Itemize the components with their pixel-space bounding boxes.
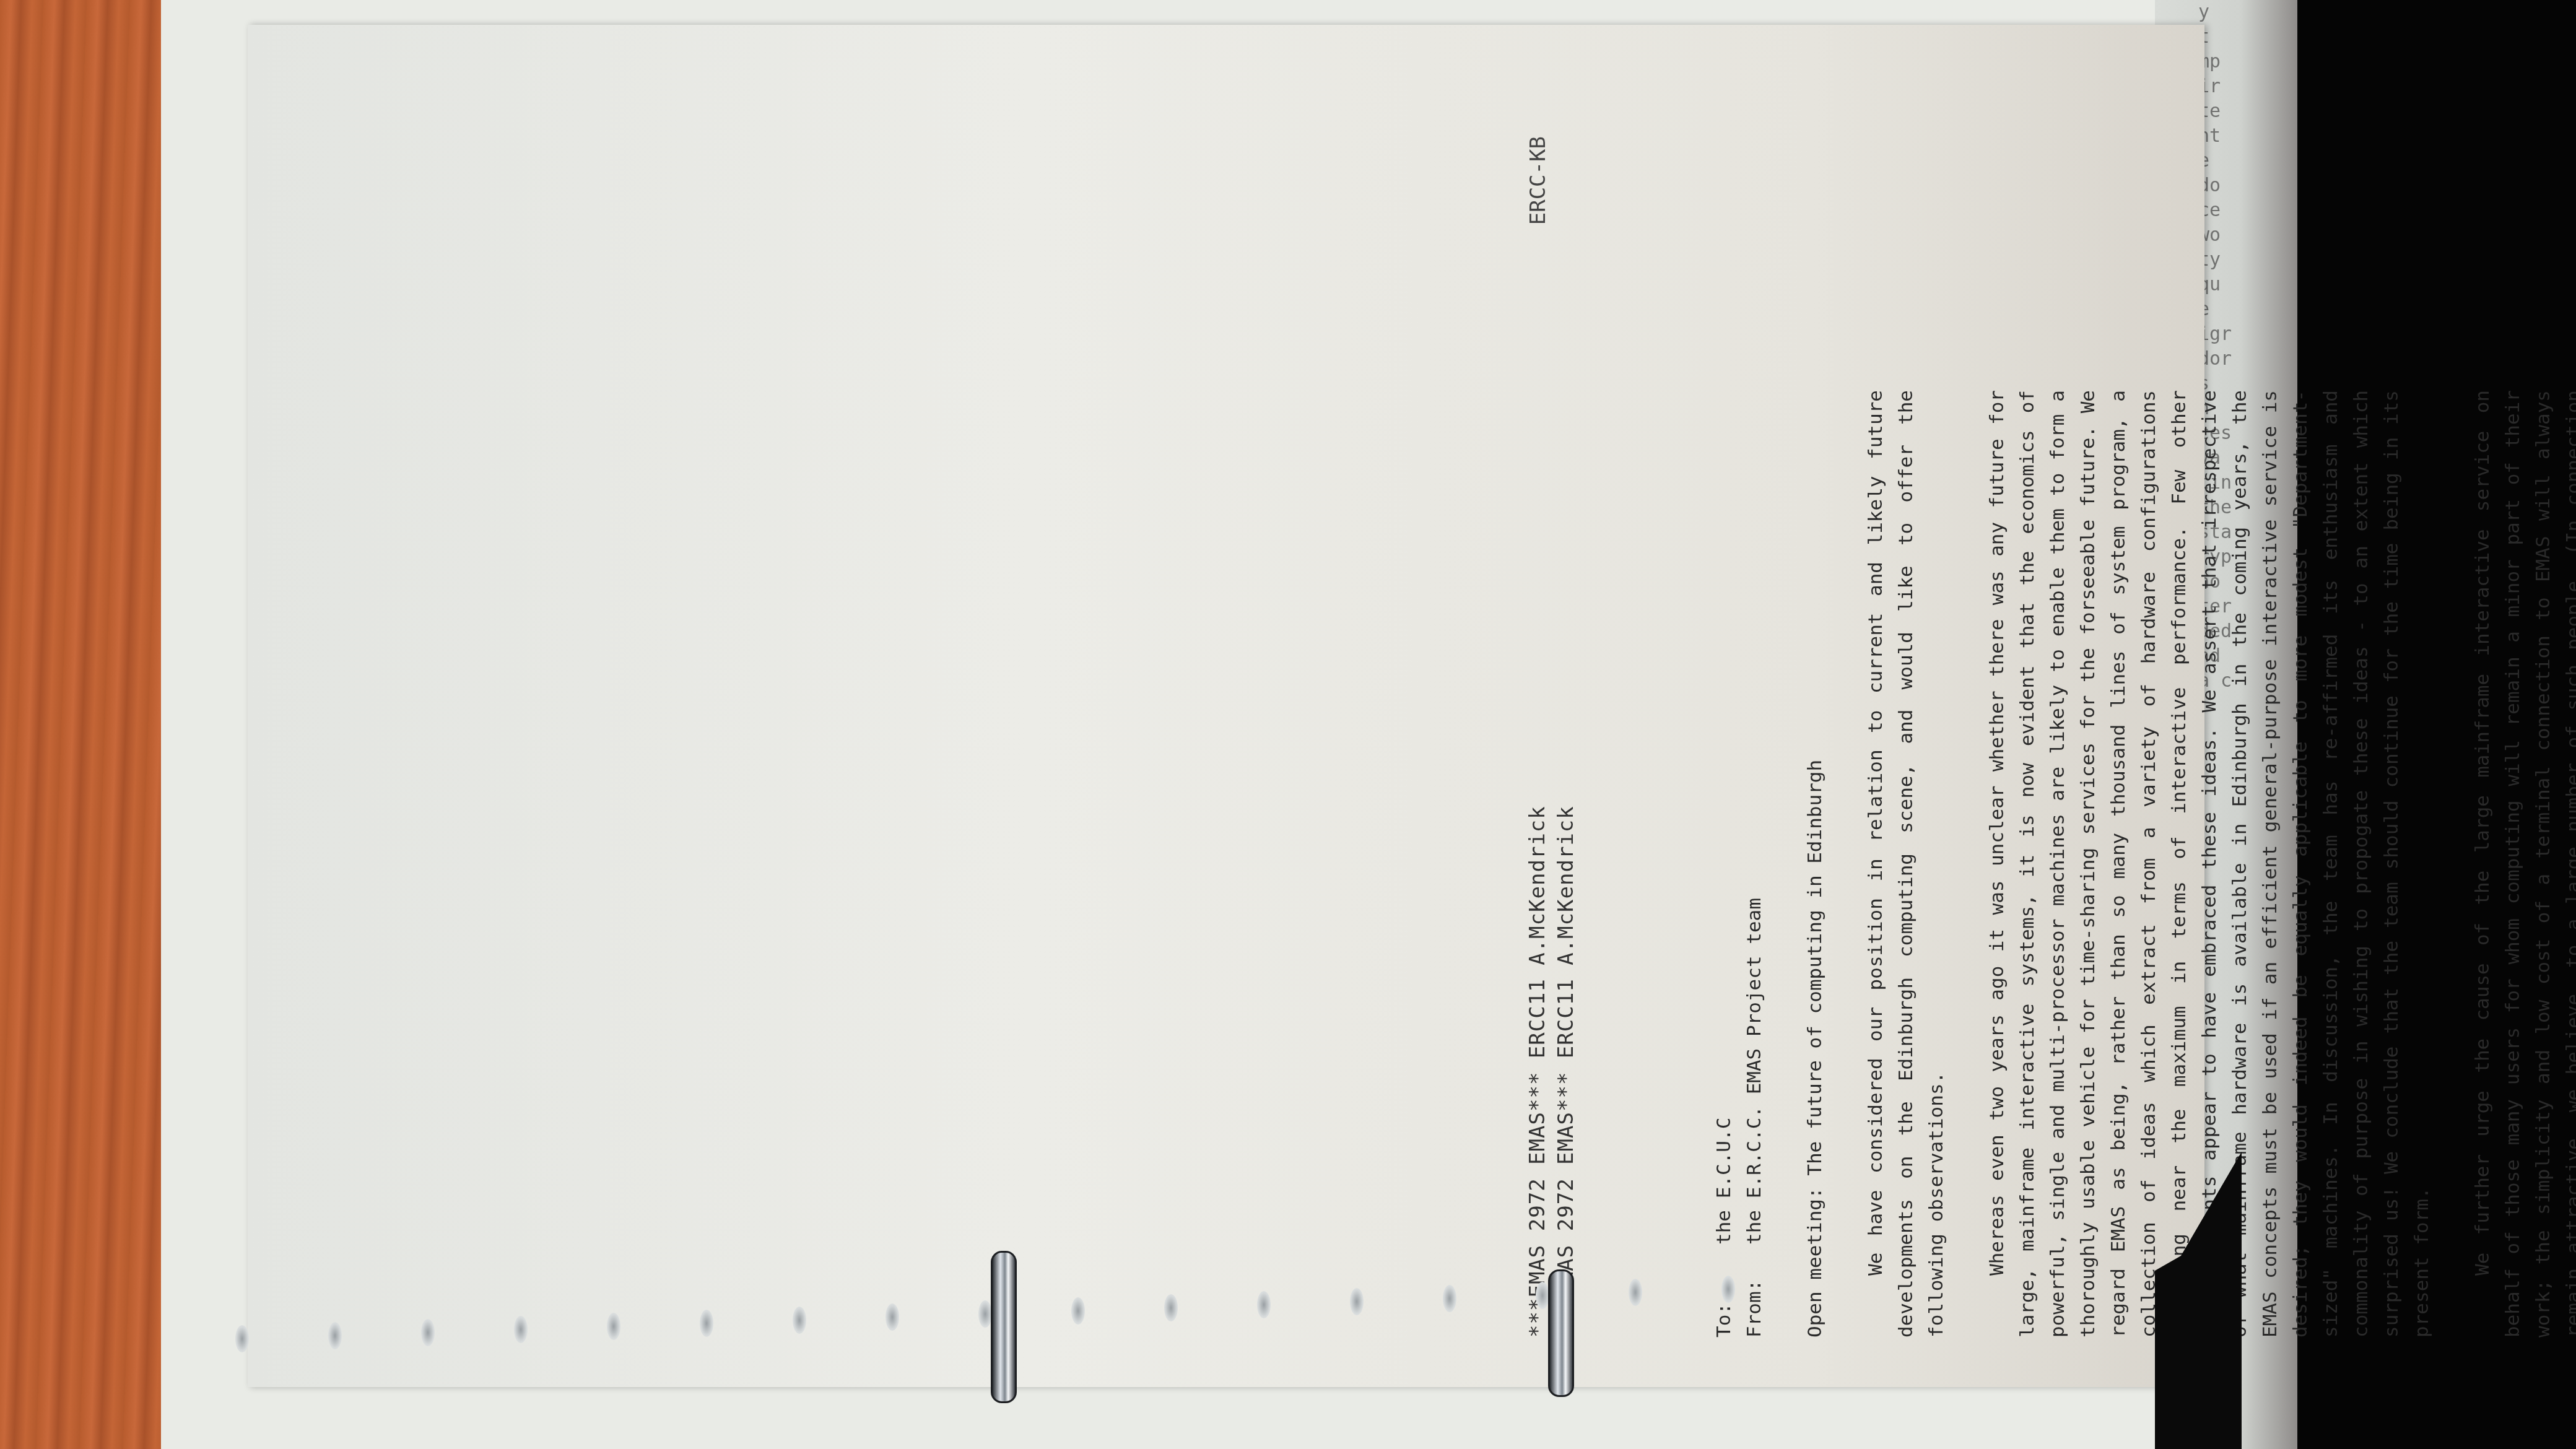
- hole-punch-icon: [1443, 1285, 1456, 1312]
- print-header-id: ERCC-KB: [1523, 136, 1554, 225]
- from-label: From:: [1739, 1269, 1770, 1338]
- print-header-line: ***EMAS 2972 EMAS*** ERCC11 A.McKendrick: [1523, 99, 1552, 1338]
- hole-punch-icon: [793, 1307, 806, 1334]
- binder-ring-icon: [1548, 1269, 1574, 1397]
- subject-line: Open meeting: The future of computing in…: [1800, 99, 1830, 1338]
- hole-punch-icon: [700, 1310, 713, 1337]
- hole-punch-icon: [1071, 1297, 1085, 1325]
- paragraph: We further urge the cause of the large m…: [2468, 390, 2576, 1338]
- hole-punch-icon: [1164, 1294, 1178, 1321]
- hole-punch-icon: [421, 1319, 435, 1346]
- print-header: ***EMAS 2972 EMAS*** ERCC11 A.McKendrick…: [1523, 99, 1580, 1338]
- hole-punch-icon: [607, 1313, 620, 1340]
- hole-punch-icon: [1536, 1282, 1549, 1309]
- hole-punch-icon: [514, 1316, 528, 1343]
- hole-punch-icon: [978, 1300, 992, 1328]
- to-value: the E.C.U.C: [1709, 1118, 1739, 1245]
- hole-punch-icon: [1257, 1291, 1271, 1318]
- hole-punch-icon: [328, 1322, 342, 1349]
- print-header-line: ***EMAS 2972 EMAS*** ERCC11 A.McKendrick: [1552, 99, 1580, 1338]
- to-line: To: the E.C.U.C: [1709, 99, 1739, 1338]
- hole-punch-icon: [885, 1303, 899, 1331]
- hole-punch-icon: [1721, 1276, 1735, 1303]
- hole-punch-icon: [1350, 1288, 1364, 1315]
- from-line: From: the E.R.C.C. EMAS Project team: [1739, 99, 1770, 1338]
- paragraph: Whereas even two years ago it was unclea…: [1982, 390, 2437, 1338]
- from-value: the E.R.C.C. EMAS Project team: [1739, 898, 1770, 1245]
- typed-memo-page: ***EMAS 2972 EMAS*** ERCC11 A.McKendrick…: [248, 25, 2204, 1387]
- paragraph: We have considered our position in relat…: [1861, 390, 1952, 1338]
- hole-punch-icon: [1629, 1279, 1642, 1306]
- binder-ring-icon: [991, 1251, 1017, 1403]
- hole-punch-icon: [235, 1325, 249, 1352]
- memo-content-rotated: ***EMAS 2972 EMAS*** ERCC11 A.McKendrick…: [1709, 99, 2576, 1338]
